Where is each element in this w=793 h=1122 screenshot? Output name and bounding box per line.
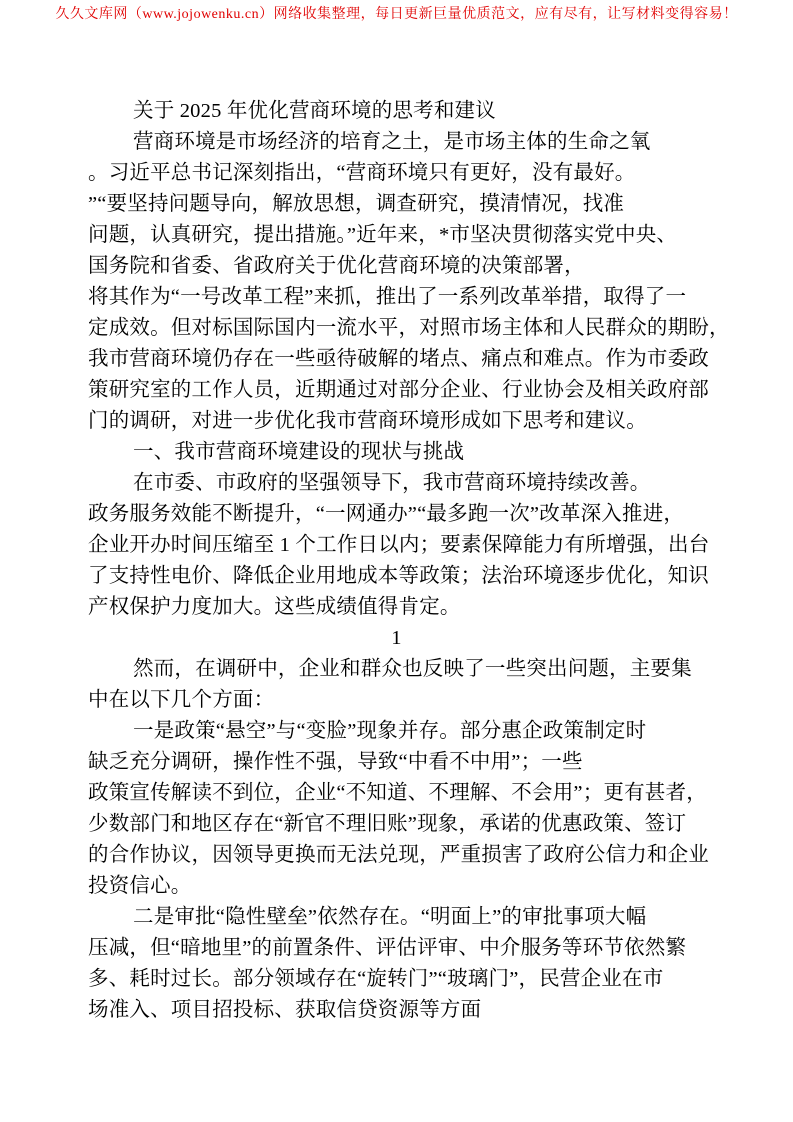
doc-line: 缺乏充分调研，操作性不强，导致“中看不中用”；一些 [88,747,705,778]
doc-line: 企业开办时间压缩至 1 个工作日以内；要素保障能力有所增强，出台 [88,530,705,561]
doc-line: 国务院和省委、省政府关于优化营商环境的决策部署， [88,251,705,282]
doc-line: ”“要坚持问题导向，解放思想，调查研究，摸清情况，找准 [88,189,705,220]
doc-line: 了支持性电价、降低企业用地成本等政策；法治环境逐步优化，知识 [88,561,705,592]
doc-line: 产权保护力度加大。这些成绩值得肯定。 [88,592,705,623]
document-page: 久久文库网（www.jojowenku.cn）网络收集整理，每日更新巨量优质范文… [0,0,793,1122]
doc-line: 压减，但“暗地里”的前置条件、评估评审、中介服务等环节依然繁 [88,933,705,964]
doc-line: 策研究室的工作人员，近期通过对部分企业、行业协会及相关政府部 [88,375,705,406]
doc-line: 政务服务效能不断提升，“一网通办”“最多跑一次”改革深入推进， [88,499,705,530]
doc-line: 门的调研，对进一步优化我市营商环境形成如下思考和建议。 [88,406,705,437]
section-heading: 一、我市营商环境建设的现状与挑战 [88,437,705,468]
site-notice-banner: 久久文库网（www.jojowenku.cn）网络收集整理，每日更新巨量优质范文… [0,5,793,25]
doc-line: 多、耗时过长。部分领域存在“旋转门”“玻璃门”，民营企业在市 [88,964,705,995]
doc-line: 中在以下几个方面： [88,685,705,716]
doc-line: 的合作协议，因领导更换而无法兑现，严重损害了政府公信力和企业 [88,840,705,871]
doc-line: 在市委、市政府的坚强领导下，我市营商环境持续改善。 [88,468,705,499]
doc-line: 一是政策“悬空”与“变脸”现象并存。部分惠企政策制定时 [88,716,705,747]
doc-line: 将其作为“一号改革工程”来抓，推出了一系列改革举措，取得了一 [88,282,705,313]
page-number: 1 [88,623,705,654]
doc-line: 投资信心。 [88,871,705,902]
doc-line: 我市营商环境仍存在一些亟待破解的堵点、痛点和难点。作为市委政 [88,344,705,375]
doc-line: 少数部门和地区存在“新官不理旧账”现象，承诺的优惠政策、签订 [88,809,705,840]
document-body: 关于 2025 年优化营商环境的思考和建议营商环境是市场经济的培育之土，是市场主… [88,96,705,1026]
doc-line: 二是审批“隐性壁垒”依然存在。“明面上”的审批事项大幅 [88,902,705,933]
doc-line: 定成效。但对标国际国内一流水平，对照市场主体和人民群众的期盼， [88,313,705,344]
doc-line: 然而，在调研中，企业和群众也反映了一些突出问题，主要集 [88,654,705,685]
doc-line: 问题，认真研究，提出措施。”近年来，*市坚决贯彻落实党中央、 [88,220,705,251]
doc-line: 营商环境是市场经济的培育之土，是市场主体的生命之氧 [88,127,705,158]
doc-line: 场准入、项目招投标、获取信贷资源等方面 [88,995,705,1026]
doc-title: 关于 2025 年优化营商环境的思考和建议 [88,96,705,127]
doc-line: 。习近平总书记深刻指出，“营商环境只有更好，没有最好。 [88,158,705,189]
doc-line: 政策宣传解读不到位，企业“不知道、不理解、不会用”；更有甚者， [88,778,705,809]
